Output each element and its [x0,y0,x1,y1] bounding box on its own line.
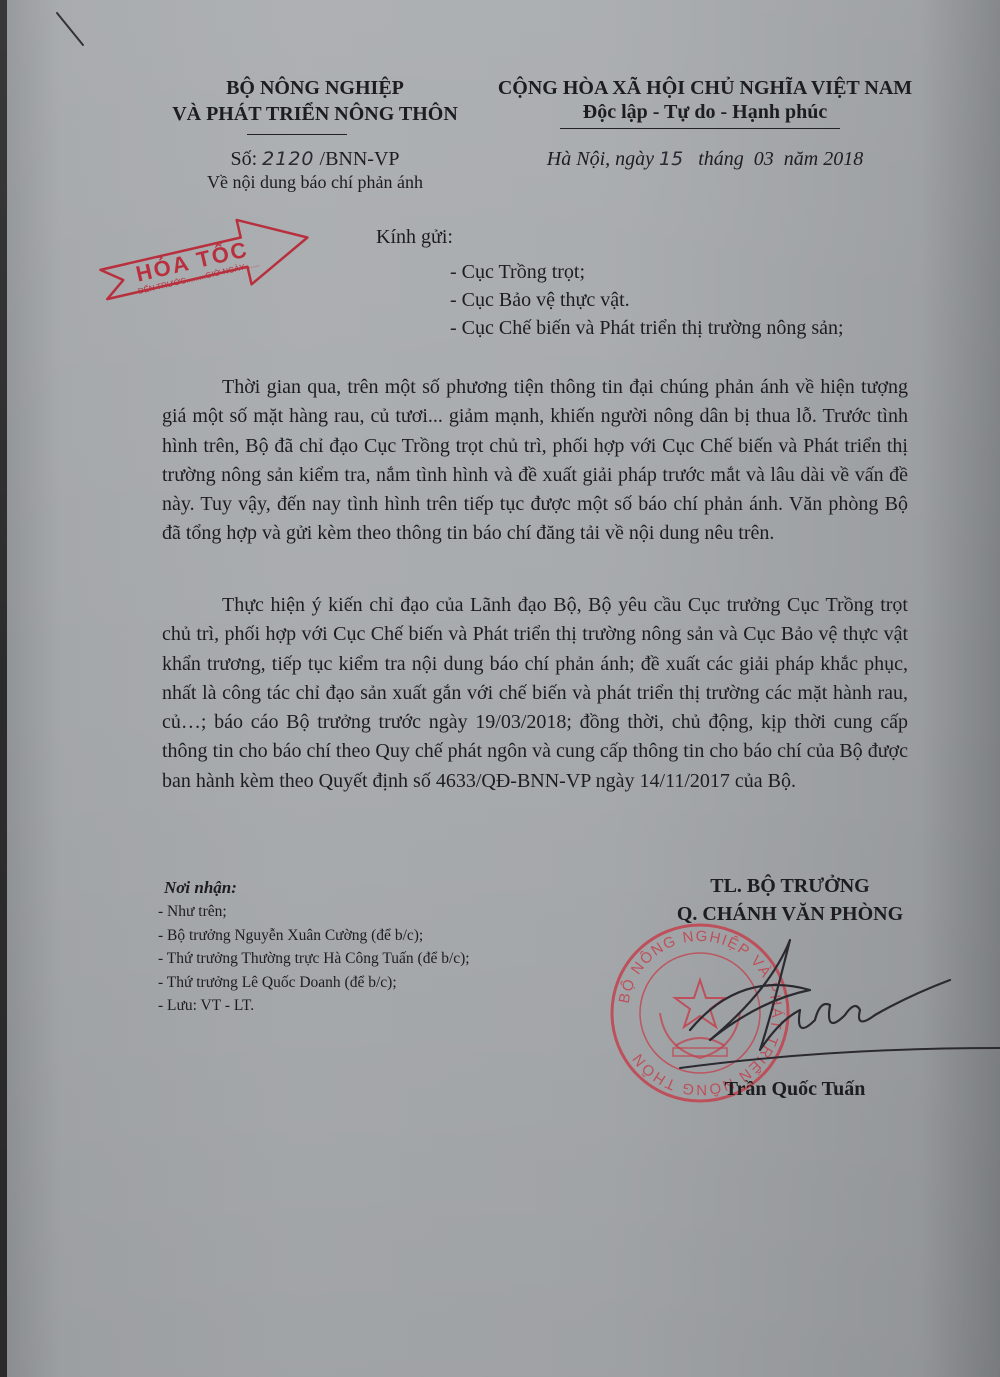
date-suffix: tháng 03 năm 2018 [683,148,863,170]
date-day-handwritten: 15 [659,148,683,170]
addressee-item: - Cục Trồng trọt; [450,258,844,286]
signature-title-line-1: TL. BỘ TRƯỞNG [625,872,955,900]
date-prefix: Hà Nội, ngày [547,148,659,170]
national-motto: Độc lập - Tự do - Hạnh phúc [470,101,940,124]
paragraph-text: Thực hiện ý kiến chỉ đạo của Lãnh đạo Bộ… [162,591,908,796]
recipients-title: Nơi nhận: [164,878,237,898]
addressee-item: - Cục Bảo vệ thực vật. [450,286,844,314]
number-prefix: Số: [230,148,262,170]
number-suffix: /BNN-VP [315,148,400,170]
addressee-list: - Cục Trồng trọt; - Cục Bảo vệ thực vật.… [450,258,844,342]
document-date: Hà Nội, ngày 15 tháng 03 năm 2018 [470,148,940,171]
recipient-item: - Thứ trưởng Thường trực Hà Công Tuấn (đ… [158,947,470,971]
body-paragraph-2: Thực hiện ý kiến chỉ đạo của Lãnh đạo Bộ… [162,591,908,796]
paragraph-text: Thời gian qua, trên một số phương tiện t… [162,373,908,549]
signer-name: Trần Quốc Tuấn [680,1078,910,1101]
ministry-line-1: BỘ NÔNG NGHIỆP [150,75,480,101]
document-number: Số: 2120 /BNN-VP [150,148,480,171]
body-paragraph-1: Thời gian qua, trên một số phương tiện t… [162,373,908,549]
handwritten-signature [650,930,1000,1070]
addressee-label: Kính gửi: [376,226,453,249]
motto-underline [560,128,840,129]
pen-mark [55,10,95,50]
photo-edge-shadow [0,0,7,1377]
recipient-item: - Như trên; [158,900,470,924]
recipient-item: - Bộ trưởng Nguyễn Xuân Cường (để b/c); [158,924,470,948]
addressee-item: - Cục Chế biến và Phát triển thị trường … [450,314,844,342]
ministry-name: BỘ NÔNG NGHIỆP VÀ PHÁT TRIỂN NÔNG THÔN [150,75,480,127]
urgent-stamp: HỎA TỐC ĐẾN TRƯỚC.........GIỜ NGÀY......… [95,205,325,315]
recipient-item: - Thứ trưởng Lê Quốc Doanh (để b/c); [158,971,470,995]
recipient-item: - Lưu: VT - LT. [158,994,470,1018]
ministry-line-2: VÀ PHÁT TRIỂN NÔNG THÔN [150,101,480,127]
document-subject: Về nội dung báo chí phản ánh [150,172,480,193]
ministry-underline [247,134,347,135]
recipients-list: - Như trên; - Bộ trưởng Nguyễn Xuân Cườn… [158,900,470,1018]
country-name: CỘNG HÒA XÃ HỘI CHỦ NGHĨA VIỆT NAM [470,75,940,101]
number-handwritten: 2120 [262,148,314,170]
